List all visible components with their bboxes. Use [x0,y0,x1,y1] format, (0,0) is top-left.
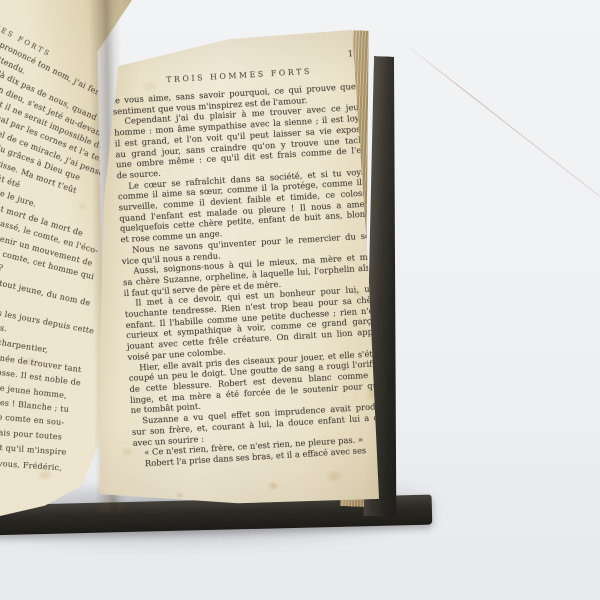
scratch-line [397,38,600,208]
left-text-fragment: oue, mais pour toutes [0,426,62,441]
left-text-fragment: i est-il ? [0,257,4,274]
page-paragraphs: je vous aime, sans savoir pourquoi, ce q… [112,80,390,469]
left-text-fragment: oir tous les jours depuis cette [0,303,95,336]
book-photo: HOMMES FORTSoix, j'ai prononcé ton nom, … [0,0,600,600]
left-text-fragment: ntiment qu'il m'inspire [0,441,67,457]
left-text-fragment: ouvelles. [0,318,8,333]
left-text-fragment: vé, ce charpentier, [0,333,49,354]
right-page: TROIS HOMMES FORTS 165 je vous aime, san… [92,28,384,510]
page-text-block: TROIS HOMMES FORTS 165 je vous aime, san… [110,50,390,469]
left-text-fragment: is que vous, Frédéric, [0,457,62,472]
left-text-fragment: rt, fit le comte en sou- [0,410,65,427]
